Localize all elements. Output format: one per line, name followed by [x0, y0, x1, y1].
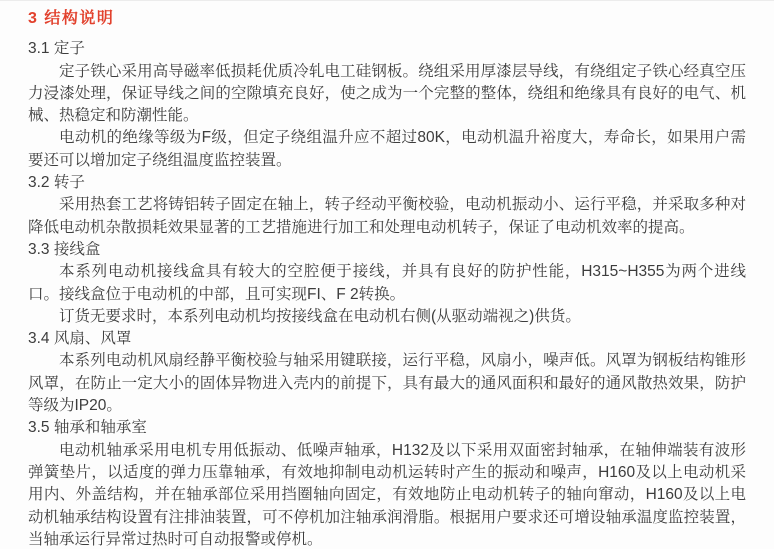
- section-rotor: 3.2 转子 采用热套工艺将铸铝转子固定在轴上，转子经动平衡校验，电动机振动小、…: [28, 172, 746, 239]
- section-terminal-box: 3.3 接线盒 本系列电动机接线盒具有较大的空腔便于接线，并具有良好的防护性能，…: [28, 239, 746, 328]
- page-title: 3 结构说明: [28, 8, 746, 30]
- paragraph: 电动机轴承采用电机专用低振动、低噪声轴承，H132及以下采用双面密封轴承，在轴伸…: [28, 440, 746, 549]
- section-bearings: 3.5 轴承和轴承室 电动机轴承采用电机专用低振动、低噪声轴承，H132及以下采…: [28, 417, 746, 549]
- section-heading-stator: 3.1 定子: [28, 38, 746, 60]
- paragraph: 本系列电动机风扇经静平衡校验与轴采用键联接，运行平稳，风扇小，噪声低。风罩为钢板…: [28, 350, 746, 417]
- paragraph: 采用热套工艺将铸铝转子固定在轴上，转子经动平衡校验，电动机振动小、运行平稳，并采…: [28, 194, 746, 239]
- paragraph: 电动机的绝缘等级为F级，但定子绕组温升应不超过80K，电动机温升裕度大，寿命长，…: [28, 127, 746, 172]
- section-heading-fan-cowl: 3.4 风扇、风罩: [28, 328, 746, 350]
- paragraph: 订货无要求时，本系列电动机均按接线盒在电动机右侧(从驱动端视之)供货。: [28, 306, 746, 328]
- paragraph: 定子铁心采用高导磁率低损耗优质冷轧电工硅钢板。绕组采用厚漆层导线，有绕组定子铁心…: [28, 61, 746, 128]
- paragraph: 本系列电动机接线盒具有较大的空腔便于接线，并具有良好的防护性能，H315~H35…: [28, 261, 746, 306]
- section-heading-terminal-box: 3.3 接线盒: [28, 239, 746, 261]
- section-fan-cowl: 3.4 风扇、风罩 本系列电动机风扇经静平衡校验与轴采用键联接，运行平稳，风扇小…: [28, 328, 746, 417]
- section-heading-rotor: 3.2 转子: [28, 172, 746, 194]
- document-page: 3 结构说明 3.1 定子 定子铁心采用高导磁率低损耗优质冷轧电工硅钢板。绕组采…: [0, 0, 774, 549]
- section-heading-bearings: 3.5 轴承和轴承室: [28, 417, 746, 439]
- section-stator: 3.1 定子 定子铁心采用高导磁率低损耗优质冷轧电工硅钢板。绕组采用厚漆层导线，…: [28, 38, 746, 172]
